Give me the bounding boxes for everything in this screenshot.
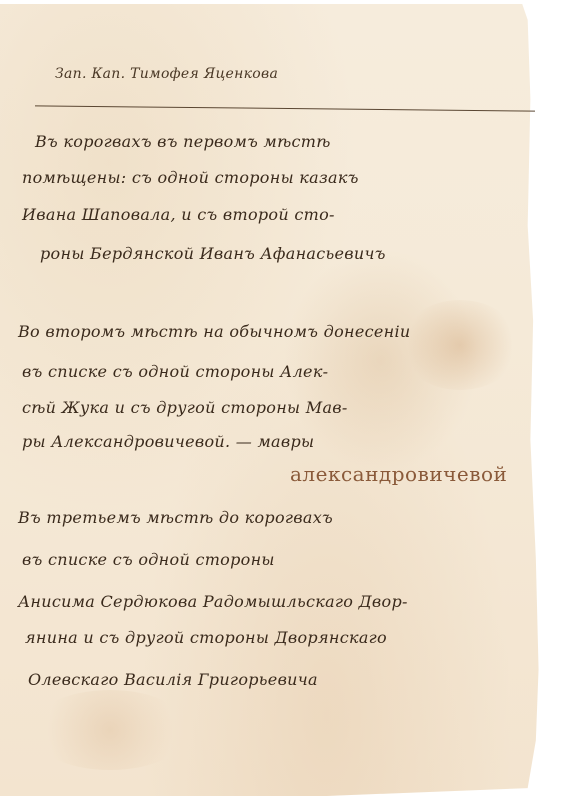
text-line: Олевскаго Василія Григорьевича <box>28 670 318 689</box>
text-line: помѣщены: съ одной стороны казакъ <box>22 168 359 187</box>
text-line: Анисима Сердюкова Радомышльскаго Двор- <box>18 592 408 611</box>
text-line: Во второмъ мѣстѣ на обычномъ донесеніи <box>18 322 411 341</box>
text-line: роны Бердянской Иванъ Афанасьевичъ <box>40 244 386 263</box>
text-line: Въ корогвахъ въ первомъ мѣстѣ <box>35 132 331 151</box>
margin-annotation: александровичевой <box>290 462 507 486</box>
document-title: Зап. Кап. Тимофея Яценкова <box>55 66 278 82</box>
water-stain <box>400 300 520 390</box>
text-line: Въ третьемъ мѣстѣ до корогвахъ <box>18 508 333 527</box>
text-line: Ивана Шаповала, и съ второй сто- <box>22 205 335 224</box>
text-line: сѣй Жука и съ другой стороны Мав- <box>22 398 348 417</box>
text-line: въ списке съ одной стороны Алек- <box>22 362 328 381</box>
text-line: янина и съ другой стороны Дворянскаго <box>25 628 387 647</box>
water-stain <box>30 690 190 770</box>
text-line: ры Александровичевой. — мавры <box>22 432 314 451</box>
text-line: въ списке съ одной стороны <box>22 550 275 569</box>
